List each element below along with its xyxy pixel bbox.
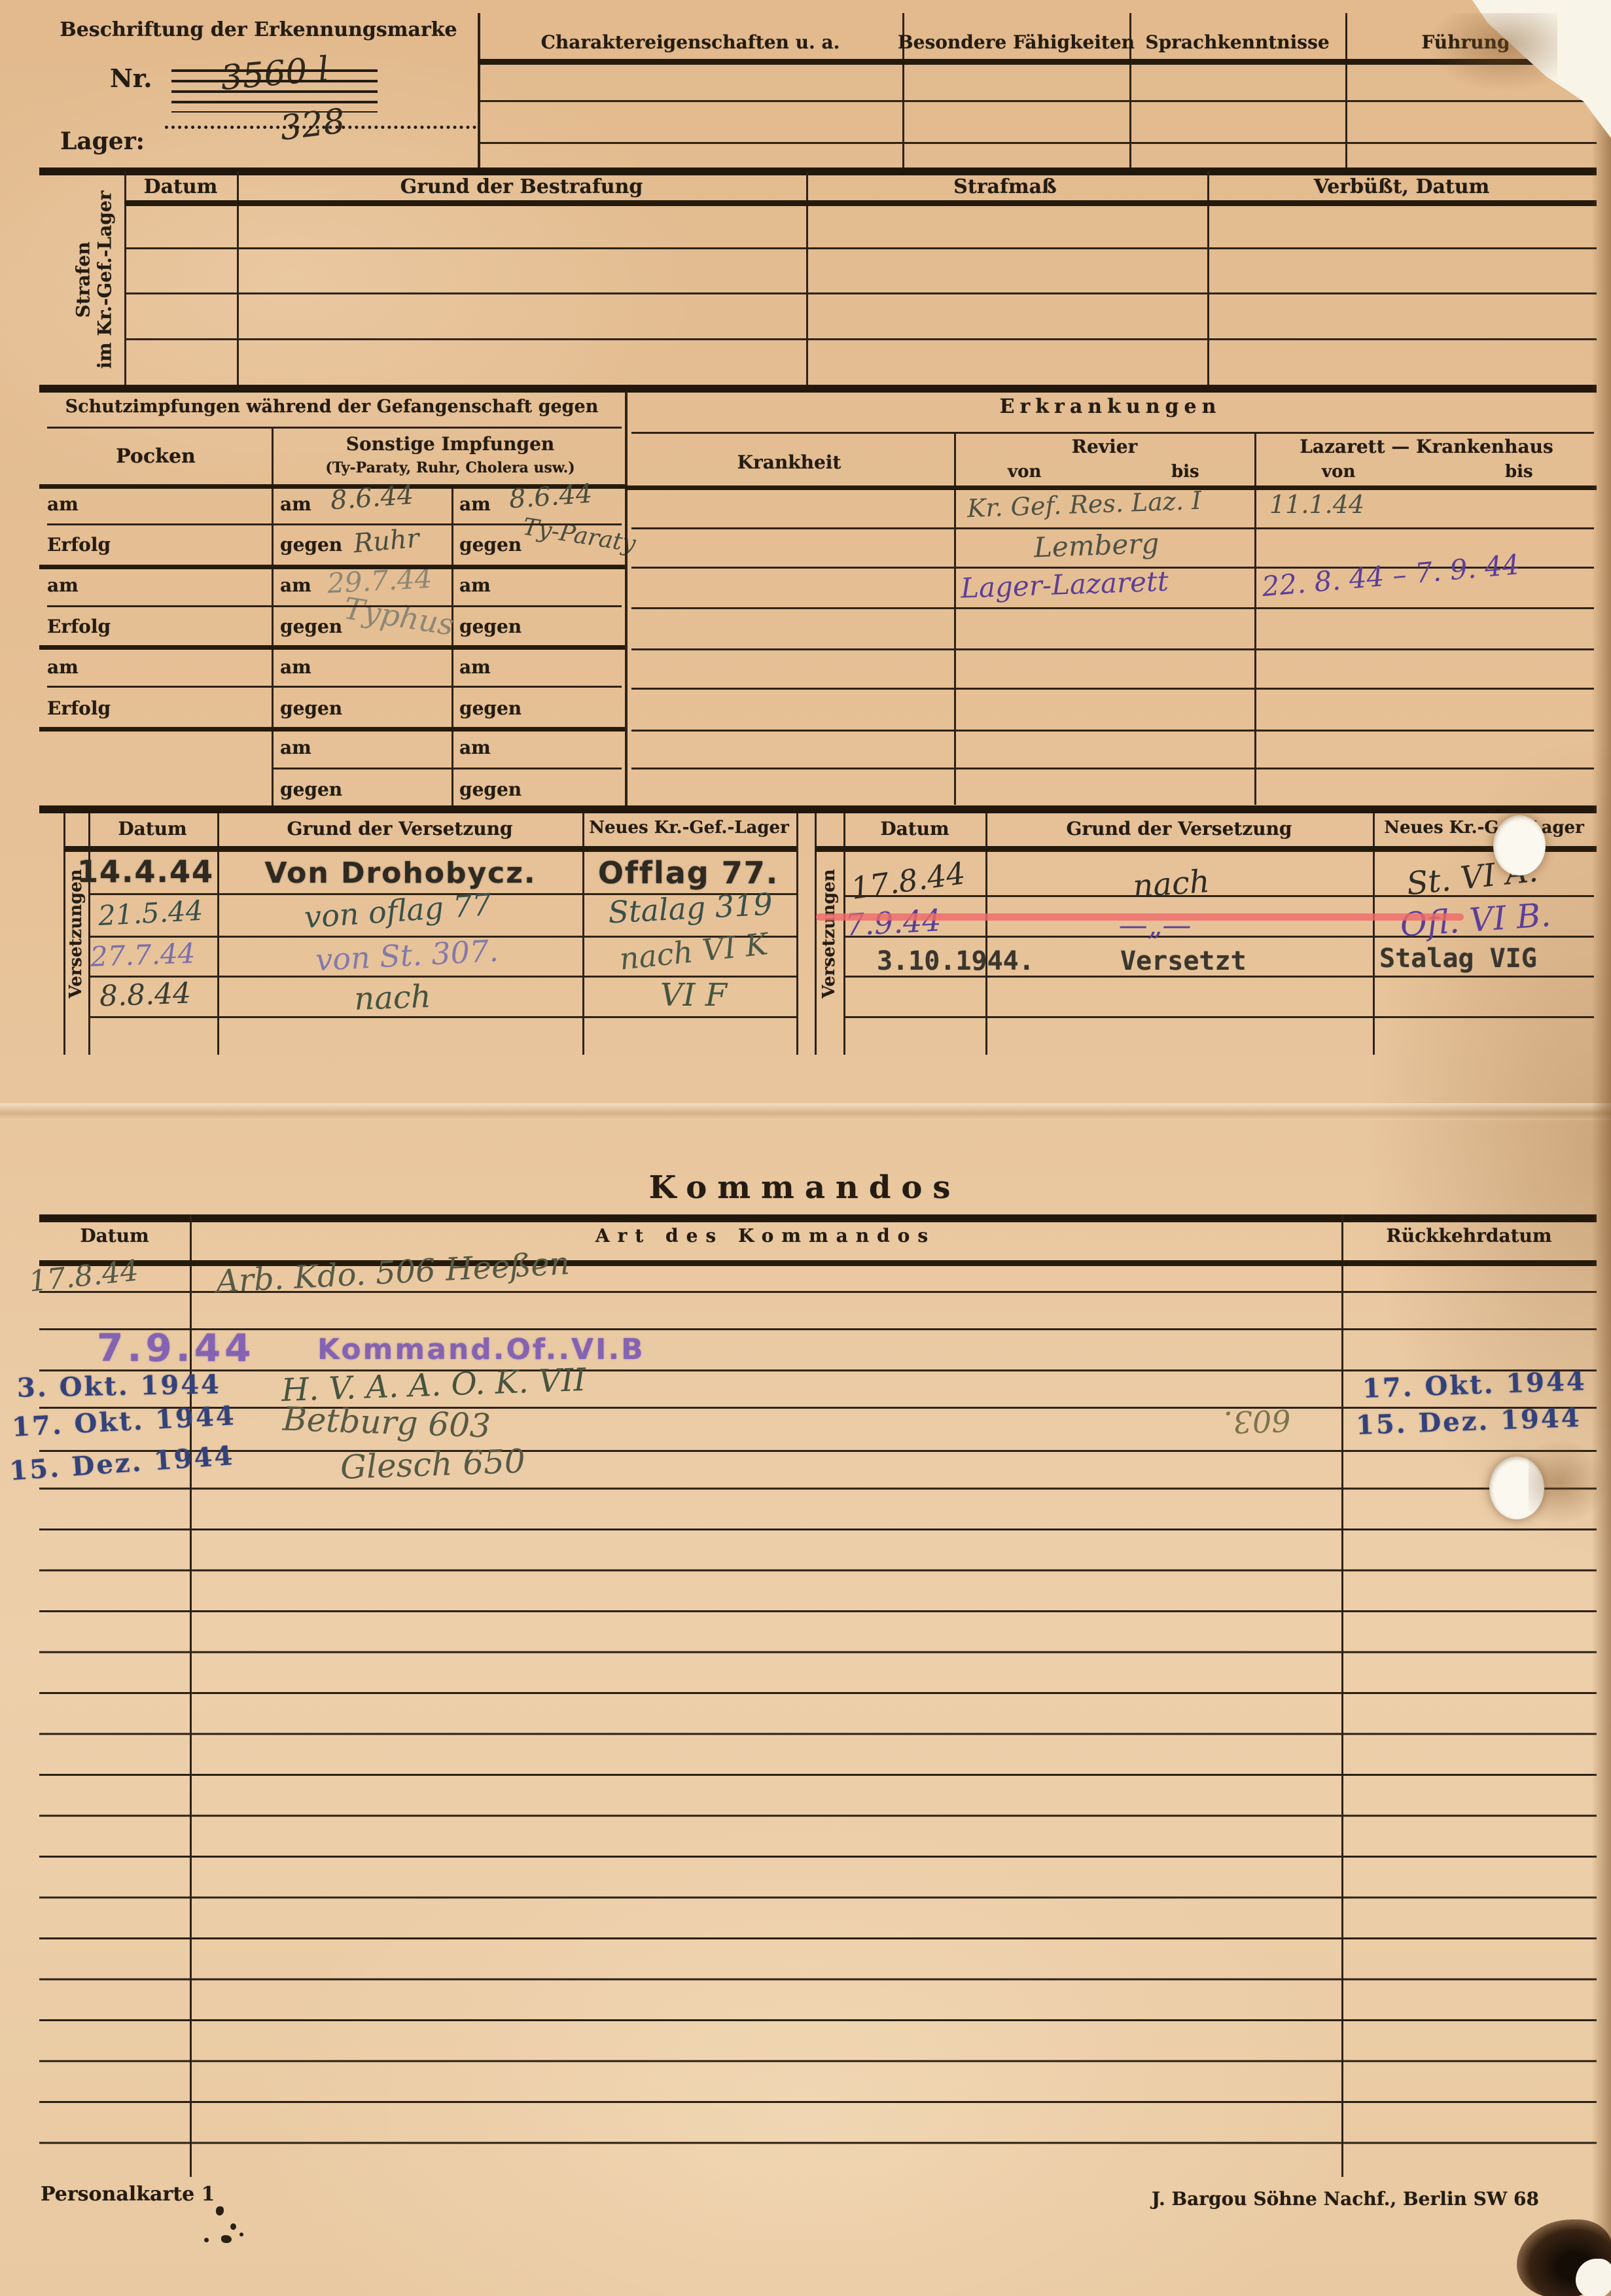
s2-am-label-4: am	[459, 738, 491, 757]
s2-gegen-label-4: gegen	[459, 780, 522, 799]
vleft-row4-lager: VI F	[660, 979, 727, 1012]
erkrankungen-line-7	[631, 768, 1594, 769]
kommandos-note-rotated-603: 603.	[1223, 1404, 1291, 1438]
impfungen-title: Schutzimpfungen während der Gefangenscha…	[65, 398, 599, 416]
red-strike-line	[816, 913, 1464, 921]
strafen-col-verbuesst: Verbüßt, Datum	[1314, 177, 1490, 198]
lazarett-von-label: von	[1322, 463, 1355, 481]
kommandos-col-datum: Datum	[80, 1226, 149, 1245]
kommandos-col-art: Art des Kommandos	[595, 1226, 936, 1245]
strafen-col-grund: Grund der Bestrafung	[400, 177, 643, 198]
idbox-title: Beschriftung der Erkennungsmarke	[60, 20, 457, 41]
s2-am-value-1: 8.6.44	[508, 480, 593, 514]
footer-personalkarte: Personalkarte 1	[41, 2184, 215, 2205]
s2-am-label-2: am	[459, 576, 491, 595]
erkrankungen-line-4	[631, 648, 1594, 650]
ink-spot-2	[230, 2223, 236, 2230]
col-fuehrung: Führung	[1421, 33, 1510, 52]
s1-gegen-label-1: gegen	[280, 535, 342, 554]
impfungen-line-7	[274, 768, 622, 769]
erkrankungen-entry1-revier: Kr. Gef. Res. Laz. I	[966, 488, 1201, 522]
kommandos-row4-rueckkehr: 15. Dez. 1944	[1355, 1404, 1582, 1439]
ink-spot-1	[216, 2206, 224, 2216]
personalkarte-back: Beschriftung der Erkennungsmarke Nr. 356…	[0, 0, 1611, 2296]
vleft-row3-datum: 27.7.44	[90, 939, 196, 972]
col-charaktereigenschaften: Charaktereigenschaften u. a.	[541, 33, 840, 52]
pocken-am-1: am	[47, 495, 79, 514]
strafen-side-label: Strafen im Kr.-Gef.-Lager	[63, 172, 125, 388]
s2-gegen-value-1: Ty-Paraty	[521, 515, 637, 557]
erkrankungen-line-6	[631, 730, 1594, 732]
vleft-col-datum: Datum	[118, 819, 186, 838]
vleft-row2-datum: 21.5.44	[97, 896, 204, 930]
vleft-row4-datum: 8.8.44	[99, 979, 191, 1012]
s2-gegen-label-1: gegen	[459, 535, 522, 554]
strafen-row-line-2	[124, 292, 1597, 294]
vright-row3-grund: Versetzt	[1120, 947, 1247, 975]
s1-gegen-value-1: Ruhr	[352, 525, 420, 558]
vleft-col-lager: Neues Kr.-Gef.-Lager	[589, 819, 789, 837]
erkrankungen-col-krankheit: Krankheit	[737, 453, 841, 472]
kommandos-row3-art: H. V. A. A. O. K. VII	[281, 1364, 586, 1407]
vright-line-1	[843, 895, 1594, 897]
strafen-col-strafmass: Strafmaß	[953, 177, 1057, 198]
ink-spot-4	[204, 2238, 209, 2242]
revier-von-label: von	[1008, 463, 1041, 481]
impfungen-col-sonstige-2: (Ty-Paraty, Ruhr, Cholera usw.)	[325, 461, 575, 476]
vright-col-lager: Neues Kr.-Gef.-Lager	[1384, 819, 1584, 837]
kommandos-col-rueckkehr: Rückkehrdatum	[1386, 1226, 1551, 1245]
vright-row1-grund: nach	[1132, 865, 1211, 903]
s1-am-label-3: am	[280, 658, 311, 677]
vleft-row3-grund: von St. 307.	[315, 935, 499, 976]
vleft-row1-grund: Von Drohobycz.	[264, 858, 536, 889]
right-edge-shadow	[1591, 0, 1611, 2296]
vleft-line-4	[88, 1016, 796, 1018]
kommandos-line-5	[39, 1450, 1597, 1452]
burn-mark-bottom-right	[1517, 2219, 1611, 2296]
s1-am-label-2: am	[280, 576, 311, 595]
erkrankungen-line-5	[631, 688, 1594, 690]
s1-am-label-1: am	[280, 495, 311, 514]
erkrankungen-left-border	[625, 391, 628, 807]
vleft-row1-datum: 14.4.44	[77, 856, 214, 887]
vleft-row2-lager: Stalag 319	[607, 888, 773, 928]
strafen-row-line-1	[124, 247, 1597, 249]
erkrankungen-entry3-lazarett: 22. 8. 44 – 7. 9. 44	[1261, 550, 1521, 601]
s1-gegen-label-3: gegen	[280, 699, 342, 718]
kommandos-row3-datum: 3. Okt. 1944	[17, 1371, 222, 1402]
strike-lines	[171, 69, 378, 113]
impfungen-line-6	[39, 727, 625, 732]
erkrankungen-col-revier: Revier	[1072, 437, 1138, 456]
erkrankungen-line-3	[631, 607, 1594, 609]
kommandos-rueckkehr-divider	[1341, 1214, 1343, 2177]
nr-label: Nr.	[110, 65, 152, 92]
footer-printer: J. Bargou Söhne Nachf., Berlin SW 68	[1152, 2189, 1539, 2208]
strafen-header-rule	[124, 200, 1597, 206]
kommandos-line-2	[39, 1328, 1597, 1330]
s1-am-label-4: am	[280, 738, 311, 757]
vright-row3-lager: Stalag VIG	[1379, 945, 1537, 972]
chartable-row-line-1	[478, 100, 1597, 102]
col-besondere-faehigkeiten: Besondere Fähigkeiten	[898, 33, 1135, 52]
vleft-header-rule	[63, 846, 796, 852]
top-section-bottom-rule	[39, 168, 1597, 175]
erkrankungen-entry2-revier: Lemberg	[1033, 529, 1160, 563]
vright-row1-datum: 17.8.44	[849, 857, 967, 904]
erkrankungen-entry1-lazarett-von: 11.1.44	[1269, 492, 1364, 518]
vright-col-datum: Datum	[880, 819, 949, 838]
vleft-col-grund: Grund der Versetzung	[287, 819, 512, 838]
s1-am-value-1: 8.6.44	[330, 482, 415, 515]
lazarett-bis-label: bis	[1505, 463, 1533, 481]
chartable-row-line-2	[478, 142, 1597, 144]
col-sprachkenntnisse: Sprachkenntnisse	[1145, 33, 1329, 52]
kommandos-line-4	[39, 1407, 1597, 1409]
burn-tear-white	[1576, 2259, 1611, 2296]
impfungen-line-1	[47, 523, 622, 525]
pocken-erfolg-2: Erfolg	[47, 617, 111, 636]
pocken-erfolg-3: Erfolg	[47, 699, 111, 718]
fold-crease	[0, 1103, 1611, 1120]
impfungen-line-4	[39, 645, 625, 650]
erkrankungen-col-lazarett: Lazarett — Krankenhaus	[1300, 437, 1553, 456]
vleft-right-border	[796, 813, 798, 1055]
vright-row3-datum: 3.10.1944.	[877, 947, 1035, 975]
kommandos-top-rule	[39, 1214, 1597, 1222]
strafen-bottom-rule	[39, 385, 1597, 393]
revier-bis-label: bis	[1171, 463, 1199, 481]
chartable-header-rule	[478, 59, 1597, 65]
s2-am-label-1: am	[459, 495, 491, 514]
vright-row1-lager: St. VI A.	[1405, 855, 1540, 901]
vright-side-label: Versetzungen	[817, 836, 841, 1032]
vleft-row2-grund: von oflag 77	[303, 889, 492, 933]
mid-section-bottom-rule	[39, 805, 1597, 813]
kommandos-stamp-art: Kommand.Of..VI.B	[317, 1335, 645, 1365]
s1-gegen-label-4: gegen	[280, 780, 342, 799]
impfungen-line-2	[39, 565, 625, 569]
pocken-am-3: am	[47, 658, 79, 677]
kommandos-row3-rueckkehr: 17. Okt. 1944	[1362, 1368, 1587, 1403]
hole-punch-bottom	[1489, 1457, 1544, 1519]
vleft-row4-grund: nach	[353, 980, 431, 1016]
erkrankungen-title-rule	[631, 432, 1594, 434]
s1-gegen-label-2: gegen	[280, 617, 342, 636]
impfungen-line-5	[47, 686, 622, 688]
hole-smudge	[1529, 1439, 1607, 1525]
kommandos-stamp-datum: 7.9.44	[97, 1328, 255, 1368]
ink-spot-3	[221, 2235, 232, 2243]
vright-line-4	[843, 1016, 1594, 1018]
s2-gegen-label-2: gegen	[459, 617, 522, 636]
strafen-col-datum: Datum	[144, 177, 218, 198]
kommandos-row4-art: Betburg 603	[282, 1402, 491, 1443]
s1-gegen-value-2: Typhus	[342, 592, 455, 641]
impfungen-line-3	[47, 605, 622, 607]
kommandos-line-3	[39, 1369, 1597, 1371]
vright-col-grund: Grund der Versetzung	[1066, 819, 1292, 838]
vright-row2-datum: 7.9.44	[845, 904, 942, 941]
kommandos-row5-art: Glesch 650	[340, 1444, 525, 1485]
vleft-row1-lager: Offlag 77.	[598, 857, 779, 889]
impfungen-title-rule	[47, 427, 622, 429]
impfungen-col-pocken: Pocken	[116, 446, 196, 467]
strafen-side-label-line2: im Kr.-Gef.-Lager	[94, 191, 115, 369]
pocken-erfolg-1: Erfolg	[47, 535, 111, 554]
strafen-side-label-line1: Strafen	[72, 241, 94, 317]
torn-corner-top-right	[1440, 0, 1611, 138]
kommandos-empty-ruled-lines	[39, 1449, 1597, 2145]
lager-label: Lager:	[60, 130, 145, 154]
idbox-right-border	[478, 13, 480, 169]
kommandos-title: Kommandos	[649, 1171, 961, 1204]
chartable-divider-3	[1345, 13, 1347, 169]
lager-dotted-line	[165, 126, 476, 129]
pocken-am-2: am	[47, 576, 79, 595]
s2-gegen-label-3: gegen	[459, 699, 522, 718]
ink-spot-5	[239, 2233, 243, 2236]
s2-am-label-3: am	[459, 658, 491, 677]
vright-header-rule	[815, 846, 1597, 852]
erkrankungen-entry3-revier: Lager-Lazarett	[960, 567, 1169, 603]
strafen-row-line-3	[124, 338, 1597, 340]
erkrankungen-title: Erkrankungen	[1000, 397, 1222, 417]
kommandos-row5-datum: 15. Dez. 1944	[9, 1442, 236, 1485]
vright-side-label-text: Versetzungen	[819, 869, 839, 998]
impfungen-col-sonstige-1: Sonstige Impfungen	[346, 434, 555, 453]
